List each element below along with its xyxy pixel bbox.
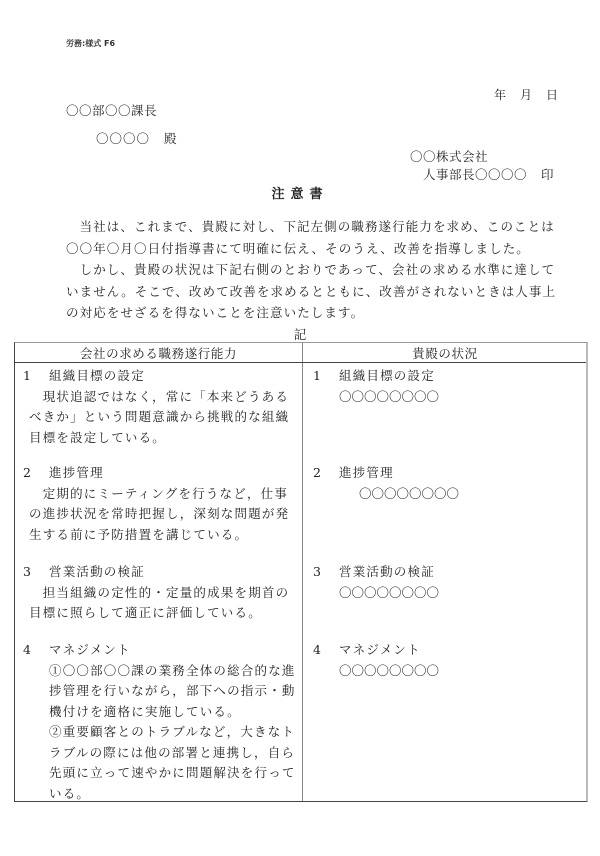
sender-person: 人事部長〇〇〇〇 xyxy=(423,167,527,182)
item-number: 2 xyxy=(23,463,32,484)
comparison-table: 会社の求める職務遂行能力 貴殿の状況 1 組織目標の設定 現状追認ではなく，常に… xyxy=(14,342,588,802)
desc-line: 目標を設定している。 xyxy=(29,428,291,449)
header-your-status: 貴殿の状況 xyxy=(303,344,587,362)
desc-line: の進捗状況を常時把握し，深刻な問題が発 xyxy=(29,504,291,525)
item-number: 3 xyxy=(313,562,322,583)
column-divider xyxy=(302,343,303,801)
date-line: 年月日 xyxy=(494,86,558,103)
item-number: 1 xyxy=(23,366,32,387)
addressee-department: 〇〇部〇〇課長 xyxy=(66,101,157,119)
desc-line: ①〇〇部〇〇課の業務全体の総合的な進 xyxy=(49,661,299,682)
desc-line: 現状追認ではなく，常に「本来どうある xyxy=(29,387,291,408)
sender-company: 〇〇株式会社 xyxy=(410,147,488,165)
desc-line: 先頭に立って速やかに問題解決を行って xyxy=(49,763,299,784)
item-description: 定期的にミーティングを行うなど，仕事 の進捗状況を常時把握し，深刻な問題が発 生… xyxy=(29,484,291,546)
desc-line: 定期的にミーティングを行うなど，仕事 xyxy=(29,484,291,505)
desc-line: 捗管理を行いながら，部下への指示・動 xyxy=(49,681,299,702)
status-placeholder: 〇〇〇〇〇〇〇〇 xyxy=(339,583,439,604)
item-title: 営業活動の検証 xyxy=(339,562,435,583)
desc-line: いる。 xyxy=(49,784,299,805)
body-paragraph-2: しかし、貴殿の状況は下記右側のとおりであって、会社の求める水準に達していません。… xyxy=(66,259,566,324)
status-placeholder: 〇〇〇〇〇〇〇〇 xyxy=(359,484,459,505)
sender-person-line: 人事部長〇〇〇〇印 xyxy=(423,165,554,183)
item-title: 進捗管理 xyxy=(339,463,394,484)
item-description: 現状追認ではなく，常に「本来どうある べきか」という問題意識から挑戦的な組織 目… xyxy=(29,387,291,449)
status-placeholder: 〇〇〇〇〇〇〇〇 xyxy=(339,387,439,408)
ki-heading: 記 xyxy=(0,325,600,343)
form-code: 労務:様式 F6 xyxy=(66,38,115,49)
item-title: 進捗管理 xyxy=(49,463,104,484)
item-title: マネジメント xyxy=(339,640,421,661)
document-title: 注意書 xyxy=(0,183,600,202)
item-title: 組織目標の設定 xyxy=(339,366,435,387)
item-title: 営業活動の検証 xyxy=(49,562,145,583)
item-description: ①〇〇部〇〇課の業務全体の総合的な進 捗管理を行いながら，部下への指示・動 機付… xyxy=(49,661,299,805)
header-required-ability: 会社の求める職務遂行能力 xyxy=(15,344,302,362)
status-placeholder: 〇〇〇〇〇〇〇〇 xyxy=(339,661,439,682)
addressee-name-line: 〇〇〇〇殿 xyxy=(96,129,178,147)
body-text: 当社は、これまで、貴殿に対し、下記左側の職務遂行能力を求め、このことは〇〇年〇月… xyxy=(66,216,566,324)
item-title: マネジメント xyxy=(49,640,131,661)
item-description: 担当組織の定性的・定量的成果を期首の 目標に照らして適正に評価している。 xyxy=(29,583,291,624)
item-number: 4 xyxy=(23,640,32,661)
item-number: 2 xyxy=(313,463,322,484)
table-header-row: 会社の求める職務遂行能力 貴殿の状況 xyxy=(15,343,586,363)
addressee-honorific: 殿 xyxy=(164,131,178,146)
addressee-name: 〇〇〇〇 xyxy=(96,131,150,146)
desc-line: ②重要顧客とのトラブルなど，大きなト xyxy=(49,722,299,743)
body-paragraph-1: 当社は、これまで、貴殿に対し、下記左側の職務遂行能力を求め、このことは〇〇年〇月… xyxy=(66,216,566,259)
date-day-label: 日 xyxy=(546,86,558,103)
item-number: 4 xyxy=(313,640,322,661)
desc-line: べきか」という問題意識から挑戦的な組織 xyxy=(29,407,291,428)
seal-mark: 印 xyxy=(541,167,554,182)
desc-line: 目標に照らして適正に評価している。 xyxy=(29,603,291,624)
item-number: 3 xyxy=(23,562,32,583)
date-month-label: 月 xyxy=(520,86,532,103)
item-title: 組織目標の設定 xyxy=(49,366,145,387)
desc-line: 担当組織の定性的・定量的成果を期首の xyxy=(29,583,291,604)
desc-line: ラブルの際には他の部署と連携し，自ら xyxy=(49,743,299,764)
desc-line: 生する前に予防措置を講じている。 xyxy=(29,525,291,546)
date-year-label: 年 xyxy=(494,86,506,103)
item-number: 1 xyxy=(313,366,322,387)
desc-line: 機付けを適格に実施している。 xyxy=(49,702,299,723)
